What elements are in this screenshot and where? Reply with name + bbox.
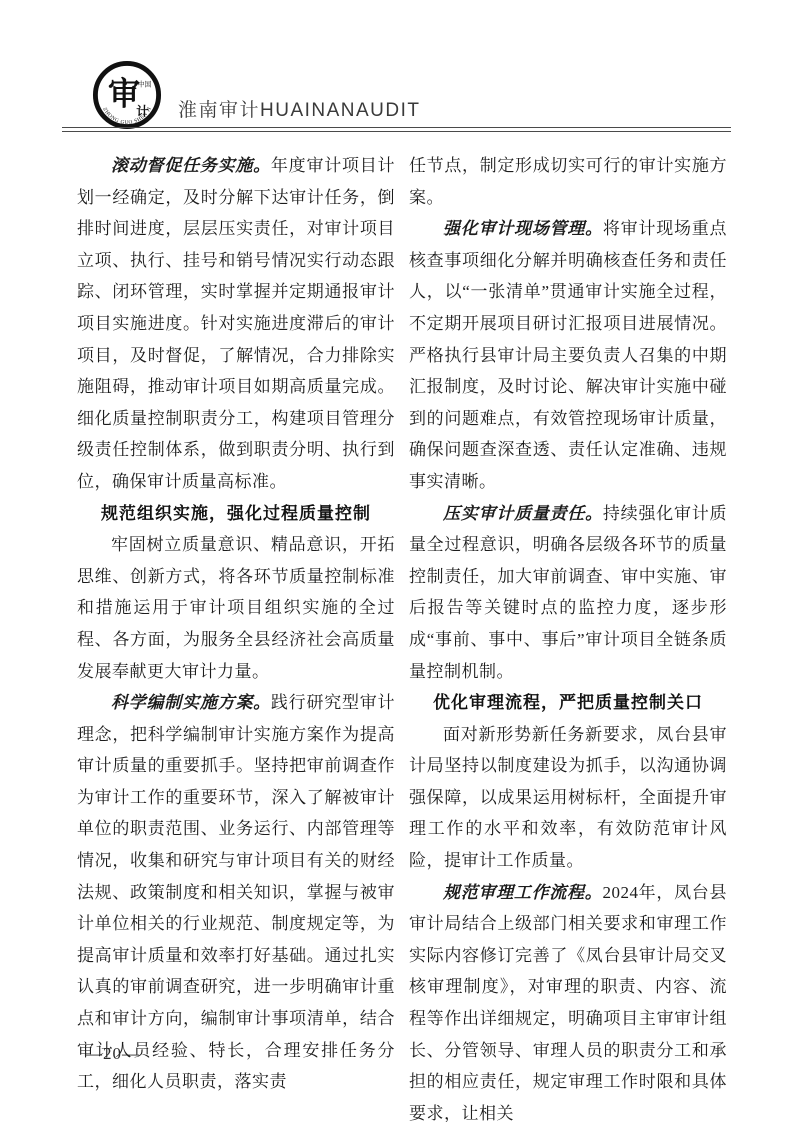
article-column-right: 任节点，制定形成切实可行的审计实施方案。强化审计现场管理。将审计现场重点核查事项… xyxy=(409,150,727,1122)
article-body: 滚动督促任务实施。年度审计项目计划一经确定，及时分解下达审计任务，倒排时间进度，… xyxy=(77,150,727,1122)
masthead-title: 淮南审计HUAINANAUDIT xyxy=(178,95,421,130)
paragraph: 牢固树立质量意识、精品意识，开拓思维、创新方式，将各环节质量控制标准和措施运用于… xyxy=(77,529,395,687)
paragraph: 压实审计质量责任。持续强化审计质量全过程意识，明确各层级各环节的质量控制责任，加… xyxy=(409,498,727,688)
audit-logo-icon: 审 计 中国 ZHONG GUO SHEN JI xyxy=(92,60,162,130)
paragraph: 任节点，制定形成切实可行的审计实施方案。 xyxy=(409,150,727,213)
magazine-page: 审 计 中国 ZHONG GUO SHEN JI 淮南审计HUAINANAUDI… xyxy=(0,0,793,1122)
paragraph: 科学编制实施方案。践行研究型审计理念，把科学编制审计实施方案作为提高审计质量的重… xyxy=(77,687,395,1098)
article-column-left: 滚动督促任务实施。年度审计项目计划一经确定，及时分解下达审计任务，倒排时间进度，… xyxy=(77,150,395,1122)
paragraph: 面对新形势新任务新要求，凤台县审计局坚持以制度建设为抓手，以沟通协调强保障，以成… xyxy=(409,719,727,877)
section-heading: 优化审理流程，严把质量控制关口 xyxy=(409,687,727,719)
header-double-rule xyxy=(62,127,731,132)
page-footer: —20— xyxy=(85,1044,140,1064)
paragraph: 滚动督促任务实施。年度审计项目计划一经确定，及时分解下达审计任务，倒排时间进度，… xyxy=(77,150,395,498)
page-number: —20— xyxy=(85,1044,140,1063)
paragraph-lead: 规范审理工作流程。 xyxy=(443,883,602,902)
paragraph: 强化审计现场管理。将审计现场重点核查事项细化分解并明确核查任务和责任人，以“一张… xyxy=(409,213,727,497)
paragraph-lead: 科学编制实施方案。 xyxy=(111,693,271,712)
paragraph-lead: 强化审计现场管理。 xyxy=(443,219,603,238)
page-header: 审 计 中国 ZHONG GUO SHEN JI 淮南审计HUAINANAUDI… xyxy=(92,58,731,130)
paragraph-lead: 压实审计质量责任。 xyxy=(443,504,603,523)
section-heading: 规范组织实施，强化过程质量控制 xyxy=(77,498,395,530)
paragraph: 规范审理工作流程。2024年，凤台县审计局结合上级部门相关要求和审理工作实际内容… xyxy=(409,877,727,1122)
logo-small-chars: 中国 xyxy=(138,79,152,88)
paragraph-lead: 滚动督促任务实施。 xyxy=(111,156,271,175)
